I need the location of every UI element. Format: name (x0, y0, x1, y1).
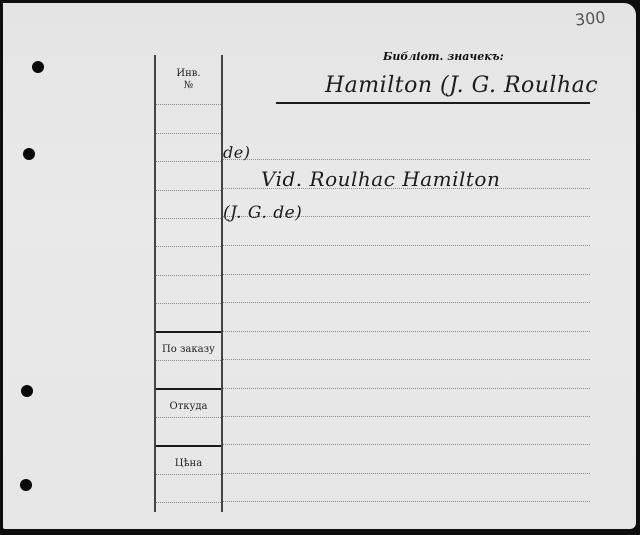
ruled-line (223, 388, 590, 389)
ruled-line (223, 444, 590, 445)
catalog-card: 300 Библіот. значекъ: Инв. № По заказу О… (3, 3, 636, 529)
ruled-line (223, 501, 590, 502)
row-divider (156, 502, 221, 503)
handwritten-line-2: de) (223, 143, 250, 162)
ruled-line (223, 473, 590, 474)
handwritten-heading: Hamilton (J. G. Roulhac (325, 73, 598, 98)
row-divider (156, 218, 221, 219)
row-divider (156, 133, 221, 134)
ruled-line (223, 245, 590, 246)
row-divider (156, 275, 221, 276)
row-divider (156, 360, 221, 361)
page-number: 300 (574, 7, 606, 29)
ruled-line (223, 302, 590, 303)
section-divider (156, 445, 221, 447)
ruled-line (223, 159, 590, 160)
punch-hole (20, 479, 32, 491)
source-label: Откуда (156, 401, 221, 412)
row-divider (156, 104, 221, 105)
price-label: Цѣна (156, 458, 221, 469)
order-label: По заказу (156, 344, 221, 355)
left-column-border-left (154, 55, 156, 512)
section-divider (156, 388, 221, 390)
punch-hole (23, 148, 35, 160)
library-mark-label: Библіот. значекъ: (383, 50, 504, 63)
row-divider (156, 246, 221, 247)
ruled-line (223, 416, 590, 417)
heading-underline (276, 102, 590, 104)
row-divider (156, 474, 221, 475)
row-divider (156, 190, 221, 191)
punch-hole (21, 385, 33, 397)
row-divider (156, 417, 221, 418)
section-divider (156, 331, 221, 333)
handwritten-line-4: (J. G. de) (223, 203, 302, 223)
row-divider (156, 303, 221, 304)
punch-hole (32, 61, 44, 73)
ruled-line (223, 274, 590, 275)
ruled-line (223, 359, 590, 360)
handwritten-see-reference: Vid. Roulhac Hamilton (261, 167, 500, 191)
ruled-line (223, 331, 590, 332)
row-divider (156, 161, 221, 162)
inventory-number-label: Инв. № (156, 68, 221, 92)
